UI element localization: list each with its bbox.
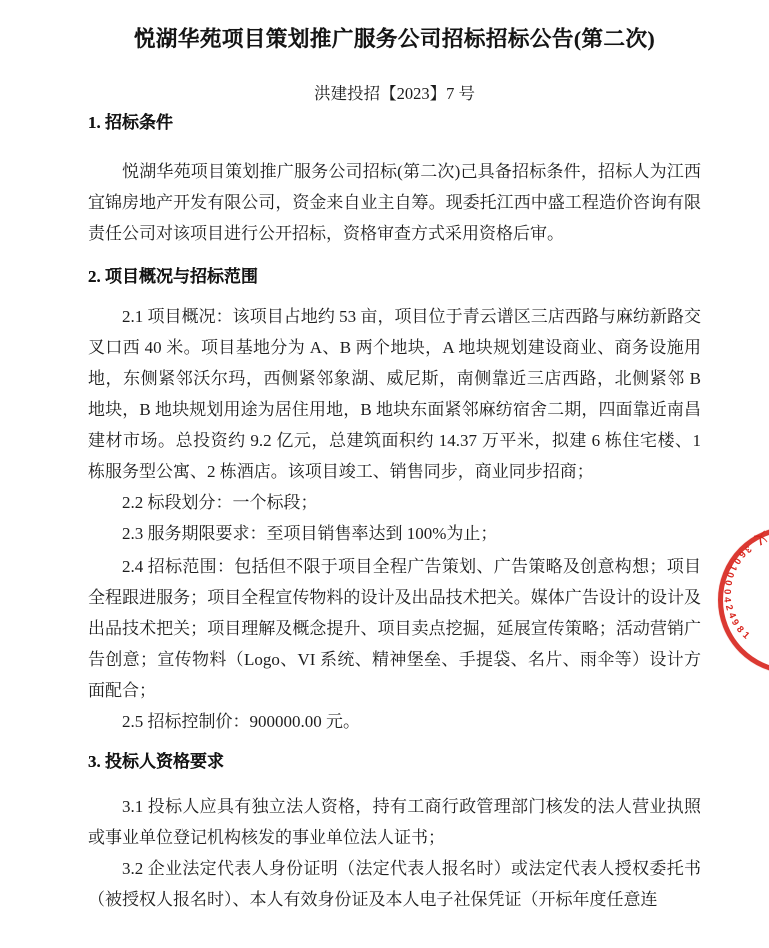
seal-character: 4 — [722, 596, 732, 602]
scanned-document-page: 悦湖华苑项目策划推广服务公司招标招标公告(第二次) 洪建投招【2023】7 号 … — [0, 0, 769, 948]
section-1-heading: 1. 招标条件 — [88, 107, 701, 138]
document-number: 洪建投招【2023】7 号 — [88, 83, 701, 105]
section-3-paragraph-3-2: 3.2 企业法定代表人身份证明（法定代表人报名时）或法定代表人授权委托书（被授权… — [88, 853, 701, 915]
section-3-heading: 3. 投标人资格要求 — [88, 746, 701, 777]
document-content: 悦湖华苑项目策划推广服务公司招标招标公告(第二次) 洪建投招【2023】7 号 … — [88, 0, 701, 915]
seal-character: 9 — [729, 618, 740, 627]
section-2-heading: 2. 项目概况与招标范围 — [88, 261, 701, 292]
section-1: 1. 招标条件 悦湖华苑项目策划推广服务公司招标(第二次)己具备招标条件，招标人… — [88, 107, 701, 249]
section-2-paragraph-2-4: 2.4 招标范围：包括但不限于项目全程广告策划、广告策略及创意构想；项目全程跟进… — [88, 551, 701, 706]
section-2-paragraph-2-1: 2.1 项目概况：该项目占地约 53 亩，项目位于青云谱区三店西路与麻纺新路交叉… — [88, 301, 701, 487]
seal-character: 0 — [722, 589, 732, 595]
section-2-paragraph-2-3: 2.3 服务期限要求：至项目销售率达到 100%为止； — [88, 518, 701, 549]
seal-character: 乂 — [753, 530, 769, 547]
section-2: 2. 项目概况与招标范围 2.1 项目概况：该项目占地约 53 亩，项目位于青云… — [88, 261, 701, 737]
seal-character: 2 — [723, 604, 734, 612]
section-3-paragraph-3-1: 3.1 投标人应具有独立法人资格，持有工商行政管理部门核发的法人营业执照或事业单… — [88, 791, 701, 853]
document-title: 悦湖华苑项目策划推广服务公司招标招标公告(第二次) — [88, 24, 701, 54]
seal-character: 0 — [722, 580, 732, 587]
seal-character: 6 — [736, 549, 747, 559]
seal-character: 1 — [727, 563, 738, 572]
seal-character: 0 — [724, 571, 735, 579]
section-3: 3. 投标人资格要求 3.1 投标人应具有独立法人资格，持有工商行政管理部门核发… — [88, 746, 701, 915]
section-1-paragraph-1: 悦湖华苑项目策划推广服务公司招标(第二次)己具备招标条件，招标人为江西宜锦房地产… — [88, 156, 701, 249]
seal-character: 4 — [726, 611, 737, 620]
seal-character: 3 — [742, 543, 752, 554]
seal-ring — [718, 526, 769, 674]
section-2-paragraph-2-2: 2.2 标段划分：一个标段； — [88, 487, 701, 518]
seal-character: 0 — [731, 556, 742, 566]
seal-character: 8 — [734, 624, 745, 634]
section-2-paragraph-2-5: 2.5 招标控制价：900000.00 元。 — [88, 706, 701, 737]
seal-character: 1 — [740, 630, 750, 641]
